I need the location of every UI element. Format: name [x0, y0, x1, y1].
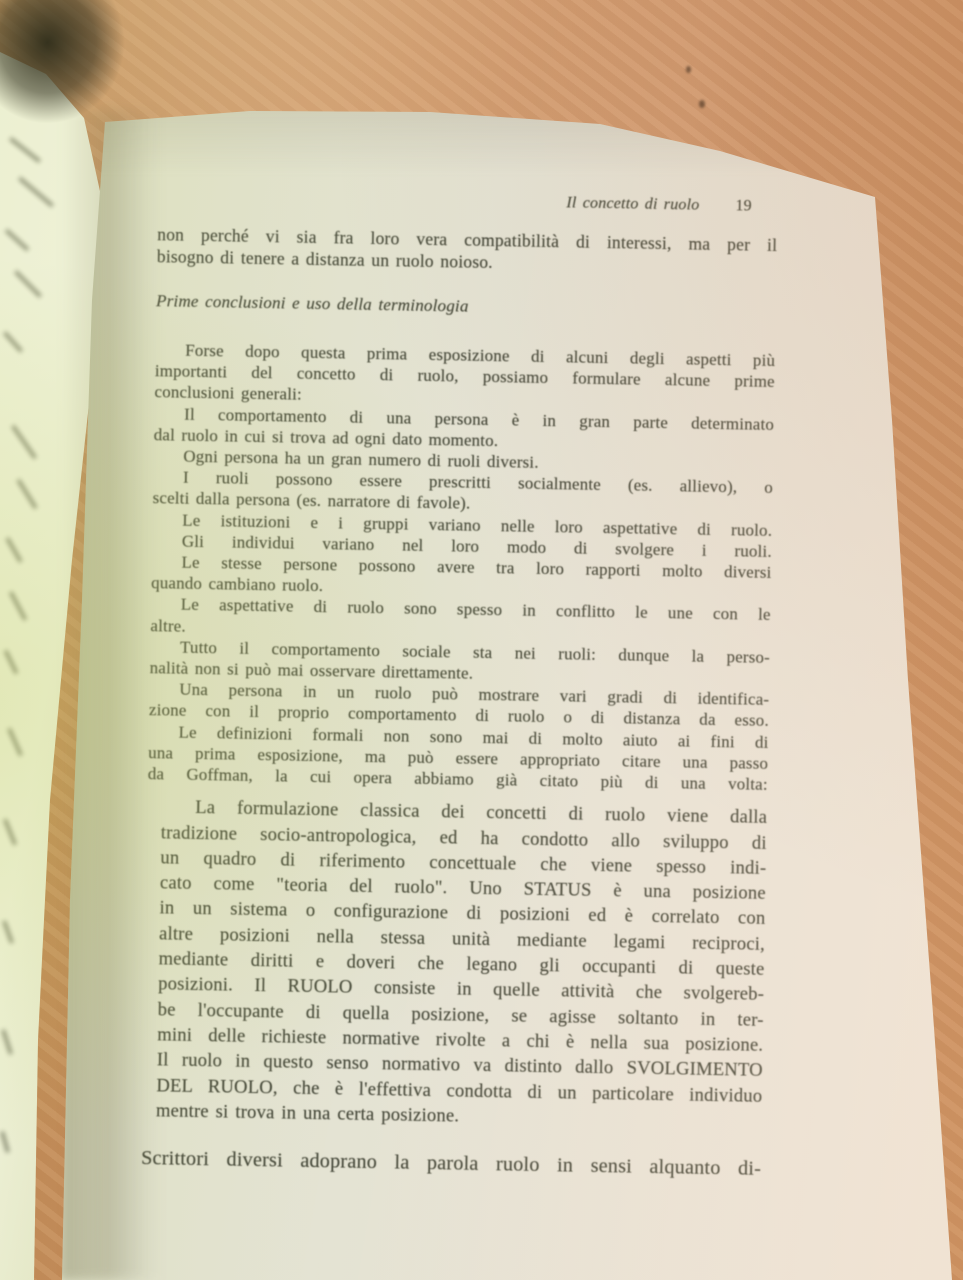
- block-quote: La formulazione classica dei concetti di…: [142, 794, 768, 1134]
- wood-speck: [699, 100, 705, 108]
- blurred-text-smudge: [7, 727, 23, 756]
- running-title: Il concetto di ruolo: [566, 194, 699, 214]
- camera-shadow: [0, 0, 155, 155]
- photo-of-book-page: Il concetto di ruolo 19 non perché vi si…: [0, 0, 963, 1280]
- blurred-text-smudge: [11, 424, 37, 459]
- blurred-text-smudge: [2, 920, 14, 944]
- page-content: Il concetto di ruolo 19 non perché vi si…: [141, 187, 778, 1182]
- text-line: Scrittori diversi adoprano la parola ruo…: [141, 1145, 761, 1182]
- blurred-text-smudge: [4, 649, 19, 674]
- blurred-text-smudge: [14, 270, 42, 298]
- paragraph: Le definizioni formali non sono mai di m…: [148, 721, 769, 795]
- closing-paragraph: Scrittori diversi adoprano la parola ruo…: [141, 1145, 761, 1182]
- blurred-text-smudge: [9, 591, 28, 621]
- intro-paragraph: non perché vi sia fra loro vera compatib…: [157, 223, 778, 278]
- body-paragraphs: Forse dopo questa prima esposizione di a…: [148, 339, 776, 795]
- blurred-text-smudge: [5, 537, 22, 563]
- page-number: 19: [735, 197, 752, 215]
- blurred-text-smudge: [16, 479, 37, 510]
- blurred-text-smudge: [3, 818, 17, 845]
- blurred-text-smudge: [5, 228, 30, 251]
- blurred-text-smudge: [18, 176, 54, 207]
- paragraph: Forse dopo questa prima esposizione di a…: [154, 339, 775, 413]
- blurred-text-smudge: [0, 1131, 10, 1153]
- book-gutter-shadow: [62, 110, 162, 1280]
- section-heading: Prime conclusioni e uso della terminolog…: [156, 291, 776, 322]
- blurred-text-smudge: [3, 331, 23, 353]
- blurred-text-smudge: [1, 1029, 13, 1055]
- wood-speck: [686, 66, 691, 73]
- page-header: Il concetto di ruolo 19: [158, 187, 778, 216]
